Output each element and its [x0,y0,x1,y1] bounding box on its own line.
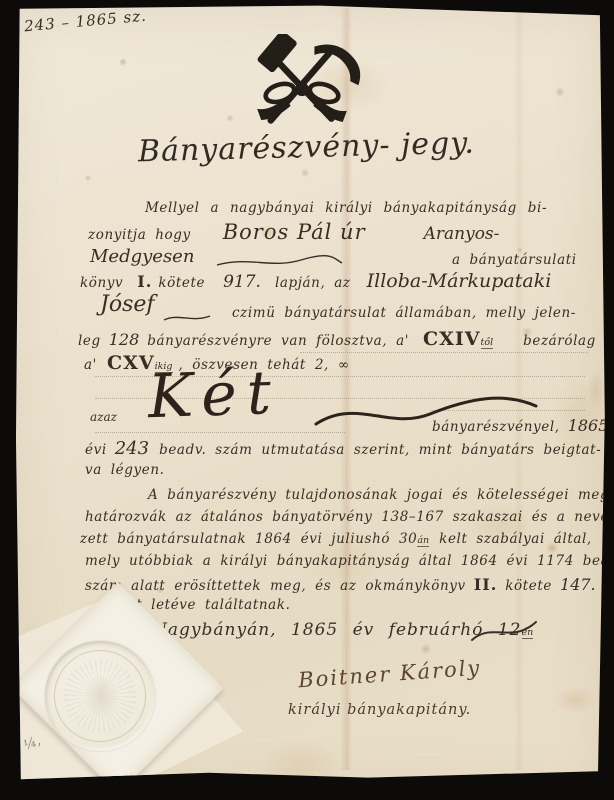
body-line: zonyitja hogy [88,227,191,243]
body-line: leg [78,333,101,349]
body-line: könyv [80,275,123,291]
azaz-label: azaz [90,410,117,424]
body-line: beadv. szám utmutatása szerint, mint bán… [159,442,601,458]
ordinal-suffix: án [417,535,429,547]
body-line: a' [84,357,97,373]
body-line: kelt szabályai által, [439,531,592,547]
body-line: bányarészvényre van fölosztva, a' [147,333,409,349]
volume-numeral: II. [474,575,498,594]
share-number-from: CXIV [423,328,481,350]
dateline-flourish-stroke [470,618,540,644]
photo-backdrop: 243 – 1865 sz. Bányarészvény- jegy. Mell… [0,0,614,800]
document-book-number: 147. [560,575,596,594]
signature-role: királyi bányakapitány. [288,702,471,718]
body-line: va légyen. [85,462,165,478]
body-line: kötete [158,275,205,291]
dotted-rule [300,352,588,353]
body-line: sz. [604,578,614,594]
mine-association-name: Illoba-Márkupataki [367,270,552,292]
body-line: Aranyos- [424,224,500,244]
page-number: 917. [223,272,261,292]
crossed-hammer-and-pick-icon [236,34,368,126]
vertical-fold-crease-light [514,8,524,770]
body-line: A bányarészvény tulajdonosának jogai és … [148,487,614,503]
body-line: lapján, az [275,275,351,291]
filing-number: 243 [115,438,149,459]
body-line: kötete [505,578,552,594]
dateline: Nagybányán, 1865 év februárhó 12 [152,620,522,640]
ordinal-suffix: től [481,337,494,349]
dotted-rule [95,432,345,433]
volume-numeral: I. [137,272,152,291]
shareholder-name: Boros Pál úr [223,220,366,244]
document-paper: 243 – 1865 sz. Bányarészvény- jegy. Mell… [0,0,614,800]
body-line: bányarészvényel, [432,419,560,435]
share-count: 128 [109,330,140,349]
signature-name: Boitner Károly [297,656,482,693]
embossed-seal-center [83,676,119,720]
body-line: Mellyel a nagybányai királyi bányakapitá… [145,200,547,216]
body-line: bezárólag [523,333,596,349]
body-line: szám alatt erösíttettek meg, és az okmán… [85,578,466,594]
body-line: évi [85,442,107,458]
body-line: zett bányatársulatnak 1864 évi juliushó … [80,531,417,547]
body-line: mely utóbbiak a királyi bányakapitányság… [85,553,614,569]
body-line: határozvák az átalános bányatörvény 138–… [85,509,614,525]
flourish-stroke [215,254,345,270]
place-name: Medgyesen [90,246,194,267]
document-title: Bányarészvény- jegy. [138,126,476,170]
mine-name-josef: Jósef [100,292,155,317]
body-line: czimü bányatársulat államában, melly jel… [232,305,576,321]
body-line: a bányatársulati [452,252,577,268]
amount-word: Két [147,358,282,433]
registry-number: 243 – 1865 sz. [23,7,147,36]
flourish-stroke [162,312,212,324]
year-value: 1865 [568,416,609,435]
